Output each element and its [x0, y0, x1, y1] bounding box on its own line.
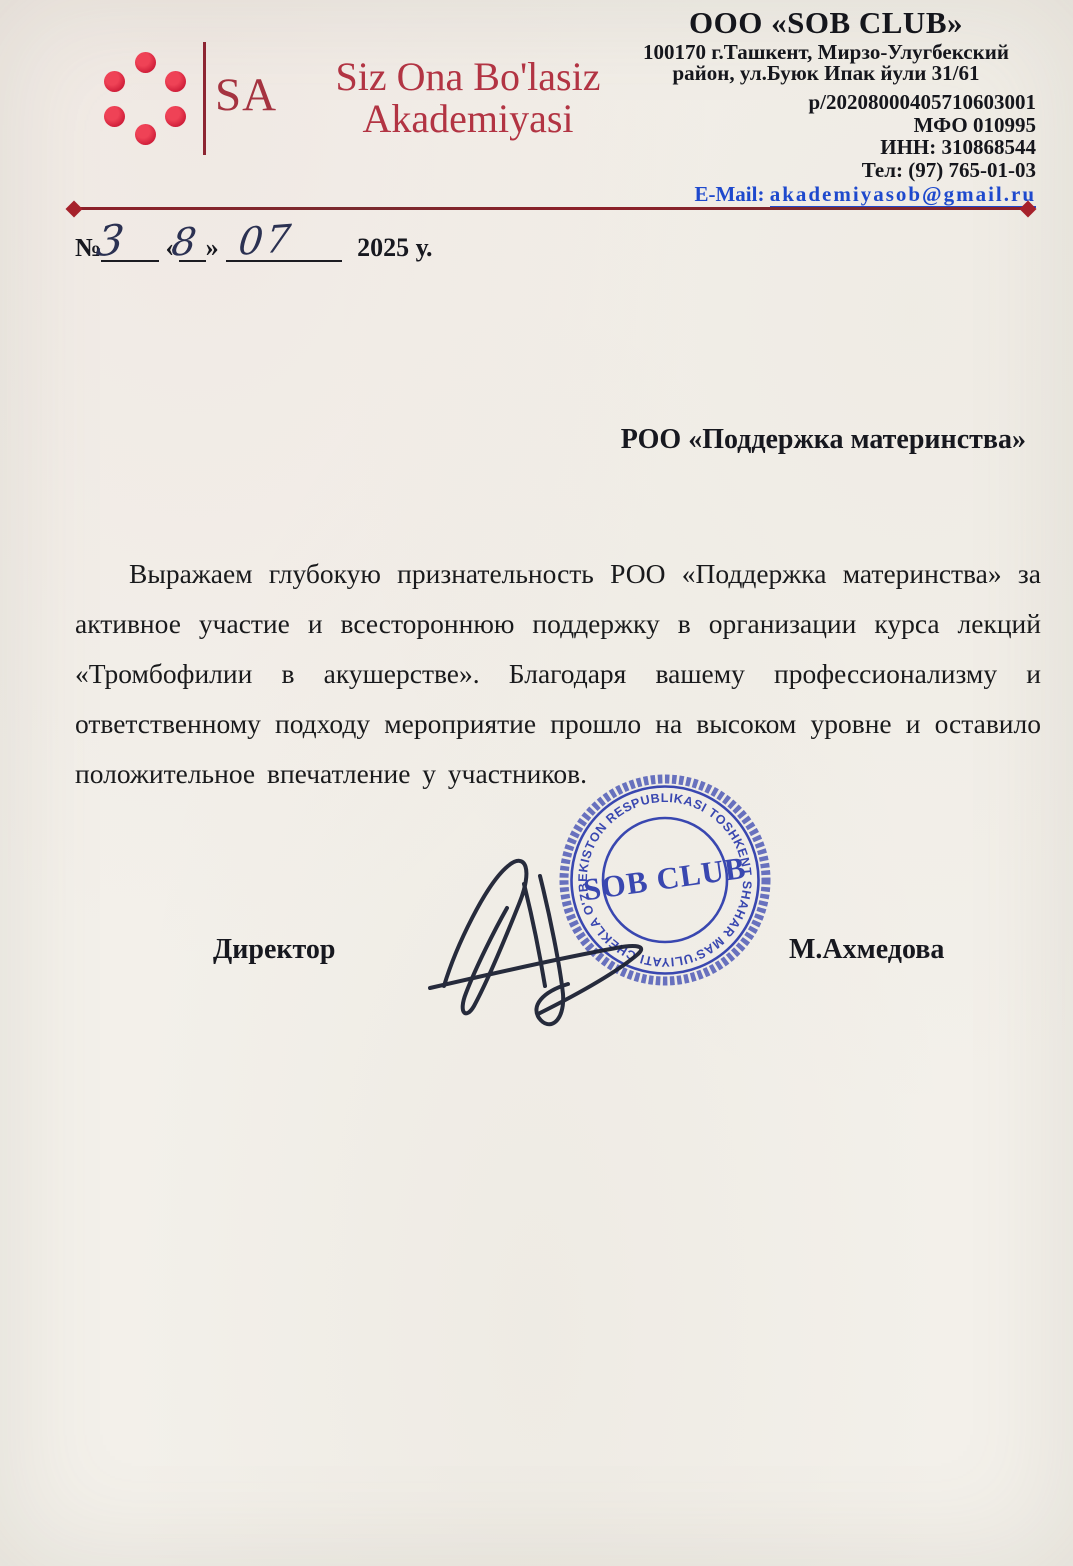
logo-dot	[135, 124, 156, 145]
letter-body: Выражаем глубокую признательность РОО «П…	[75, 549, 1041, 799]
handwritten-day: 8	[170, 219, 199, 265]
company-address-line1: 100170 г.Ташкент, Мирзо-Улугбекский	[616, 42, 1036, 63]
recipient-line: РОО «Поддержка материнства»	[621, 424, 1026, 456]
logo-dot	[165, 106, 186, 127]
signatory-name: М.Ахмедова	[789, 934, 944, 966]
company-phone: Тел: (97) 765-01-03	[616, 159, 1036, 182]
handwritten-number: 3	[94, 215, 126, 266]
company-header: ООО «SOB CLUB» 100170 г.Ташкент, Мирзо-У…	[616, 4, 1036, 206]
company-account: р/20208000405710603001	[616, 91, 1036, 114]
company-address-line2: район, ул.Буюк Ипак йули 31/61	[616, 63, 1036, 84]
letter-document: SA Siz Ona Bo'lasiz Akademiyasi ООО «SOB…	[0, 0, 1073, 1566]
company-inn: ИНН: 310868544	[616, 136, 1036, 159]
diamond-right-icon	[1020, 200, 1037, 217]
logo-dot	[135, 52, 156, 73]
handwritten-month: 07	[236, 216, 296, 264]
ref-year: 2025 у.	[357, 233, 432, 262]
letterhead-divider	[68, 201, 1034, 216]
diamond-left-icon	[66, 200, 83, 217]
logo-academy-name: Siz Ona Bo'lasiz Akademiyasi	[318, 56, 618, 140]
signatory-title: Директор	[213, 934, 336, 966]
close-quote: »	[206, 233, 219, 262]
divider-rule	[76, 207, 1026, 210]
logo-dot	[165, 71, 186, 92]
signature-scribble	[416, 836, 686, 1036]
logo-dot	[104, 106, 125, 127]
logo-monogram: SA	[215, 68, 277, 122]
company-name: ООО «SOB CLUB»	[616, 4, 1036, 42]
logo-name-line2: Akademiyasi	[318, 98, 618, 140]
ref-line: № «» 2025 у. 3 8 07	[75, 230, 433, 263]
company-mfo: МФО 010995	[616, 114, 1036, 137]
logo-name-line1: Siz Ona Bo'lasiz	[318, 56, 618, 98]
logo-dot	[104, 71, 125, 92]
logo-divider-line	[203, 42, 206, 155]
logo-dots-icon	[98, 52, 193, 147]
